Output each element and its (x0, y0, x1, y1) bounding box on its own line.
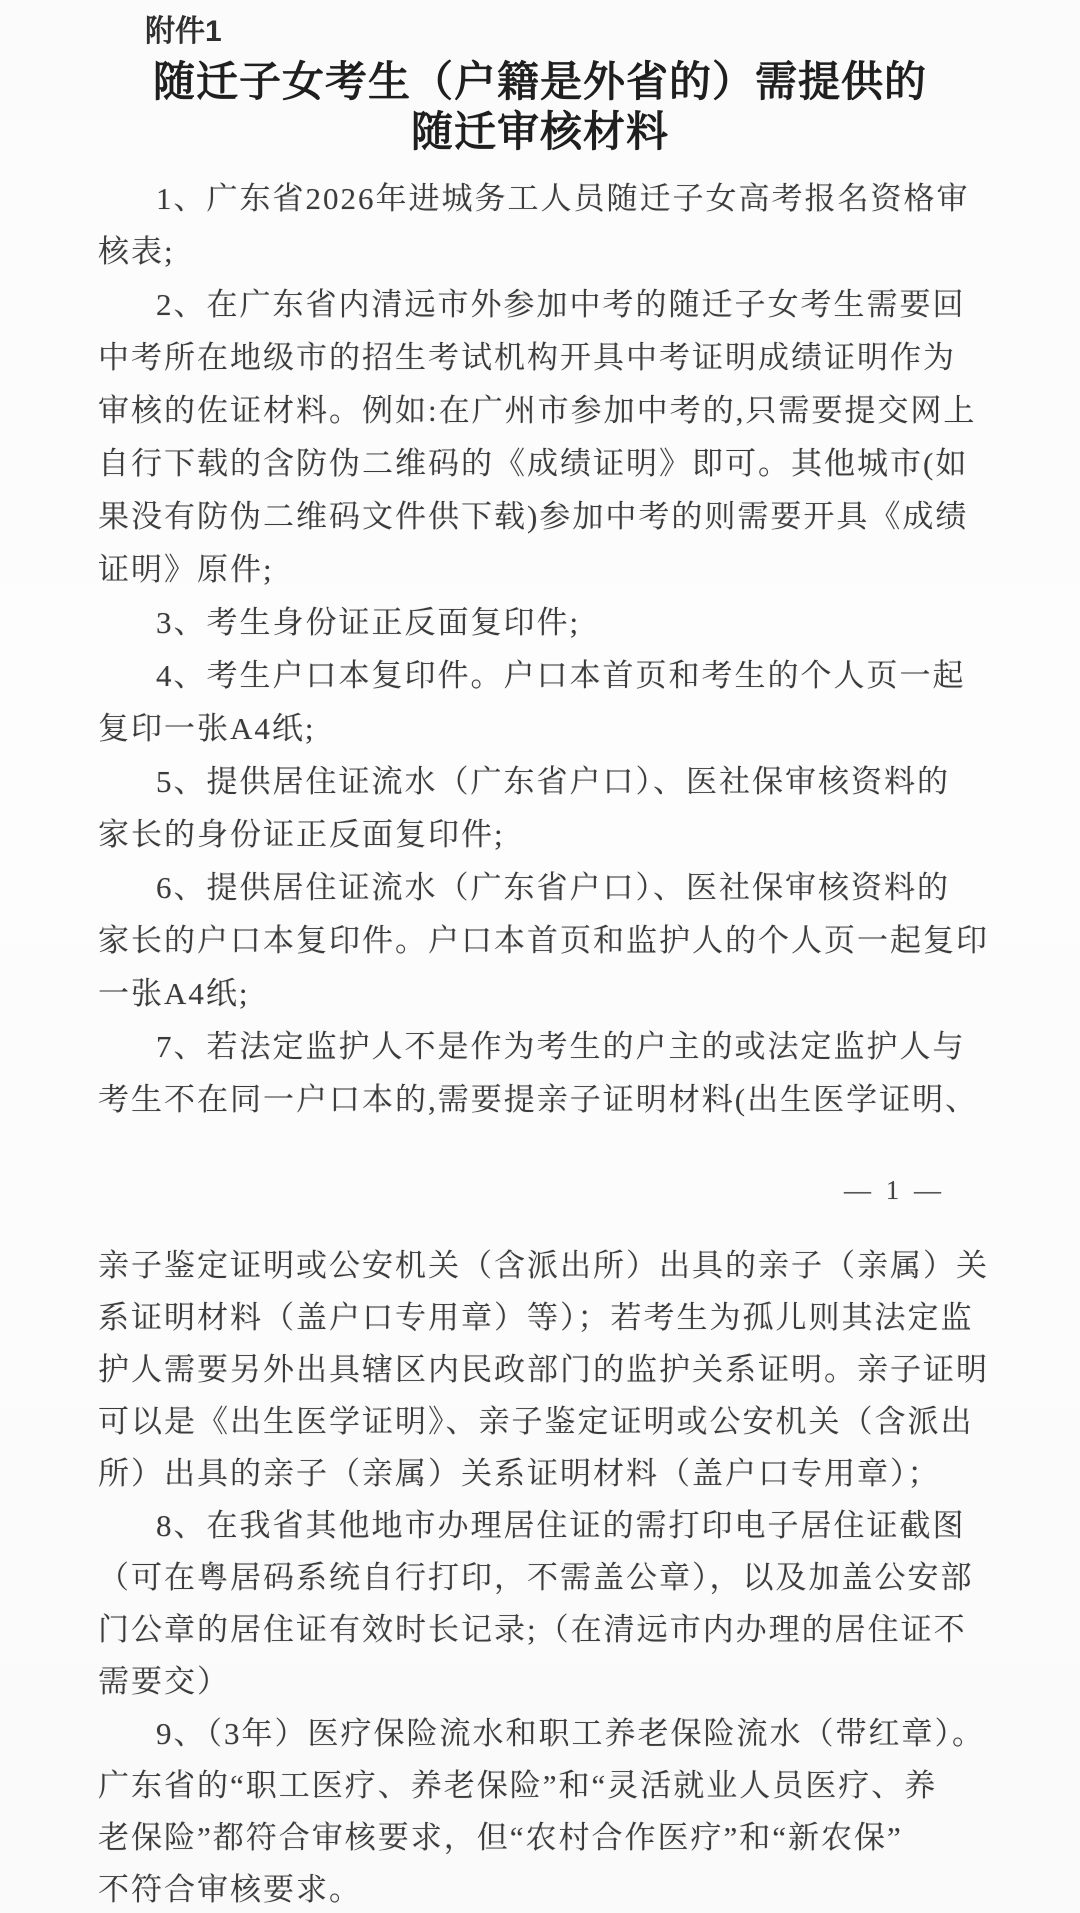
body-line: 家长的户口本复印件。户口本首页和监护人的个人页一起复印 (98, 914, 985, 967)
body-line: 6、提供居住证流水（广东省户口）、医社保审核资料的 (98, 861, 985, 914)
body-line: 中考所在地级市的招生考试机构开具中考证明成绩证明作为 (98, 331, 985, 384)
body-line: 9、（3年）医疗保险流水和职工养老保险流水（带红章）。 (98, 1708, 985, 1760)
body-line: 需要交） (98, 1656, 985, 1708)
body-line: （可在粤居码系统自行打印，不需盖公章），以及加盖公安部 (98, 1552, 985, 1604)
body-line: 证明》原件; (98, 543, 985, 596)
body-line: 广东省的“职工医疗、养老保险”和“灵活就业人员医疗、养 (98, 1760, 985, 1812)
title-line-2: 随迁审核材料 (0, 108, 1080, 158)
body-line: 复印一张A4纸; (98, 702, 985, 755)
body-line: 老保险”都符合审核要求，但“农村合作医疗”和“新农保” (98, 1812, 985, 1864)
document-body: 1、广东省2026年进城务工人员随迁子女高考报名资格审 核表; 2、在广东省内清… (0, 172, 1080, 1913)
body-line: 一张A4纸; (98, 967, 985, 1020)
body-line: 5、提供居住证流水（广东省户口）、医社保审核资料的 (98, 755, 985, 808)
body-line: 可以是《出生医学证明》、亲子鉴定证明或公安机关（含派出 (98, 1396, 985, 1448)
body-line: 2、在广东省内清远市外参加中考的随迁子女考生需要回 (98, 278, 985, 331)
title-line-1: 随迁子女考生（户籍是外省的）需提供的 (0, 58, 1080, 108)
body-line: 1、广东省2026年进城务工人员随迁子女高考报名资格审 (98, 172, 985, 225)
body-line: 不符合审核要求。 (98, 1864, 985, 1913)
document-page: 附件1 随迁子女考生（户籍是外省的）需提供的 随迁审核材料 1、广东省2026年… (0, 0, 1080, 1913)
body-line: 亲子鉴定证明或公安机关（含派出所）出具的亲子（亲属）关 (98, 1240, 985, 1292)
body-line: 门公章的居住证有效时长记录;（在清远市内办理的居住证不 (98, 1604, 985, 1656)
body-line: 果没有防伪二维码文件供下载)参加中考的则需要开具《成绩 (98, 490, 985, 543)
body-line: 3、考生身份证正反面复印件; (98, 596, 985, 649)
body-line: 家长的身份证正反面复印件; (98, 808, 985, 861)
body-line: 核表; (98, 225, 985, 278)
body-line: 4、考生户口本复印件。户口本首页和考生的个人页一起 (98, 649, 985, 702)
body-line: 自行下载的含防伪二维码的《成绩证明》即可。其他城市(如 (98, 437, 985, 490)
page-two-block: 亲子鉴定证明或公安机关（含派出所）出具的亲子（亲属）关 系证明材料（盖户口专用章… (98, 1240, 985, 1913)
body-line: 8、在我省其他地市办理居住证的需打印电子居住证截图 (98, 1500, 985, 1552)
body-line: 考生不在同一户口本的,需要提亲子证明材料(出生医学证明、 (98, 1073, 985, 1126)
body-line: 审核的佐证材料。例如:在广州市参加中考的,只需要提交网上 (98, 384, 985, 437)
body-line: 所）出具的亲子（亲属）关系证明材料（盖户口专用章）； (98, 1448, 985, 1500)
body-line: 7、若法定监护人不是作为考生的户主的或法定监护人与 (98, 1020, 985, 1073)
attachment-label: 附件1 (0, 0, 1080, 50)
body-line: 护人需要另外出具辖区内民政部门的监护关系证明。亲子证明 (98, 1344, 985, 1396)
document-title: 随迁子女考生（户籍是外省的）需提供的 随迁审核材料 (0, 58, 1080, 158)
body-line: 系证明材料（盖户口专用章）等）；若考生为孤儿则其法定监 (98, 1292, 985, 1344)
page-number: — 1 — (98, 1170, 945, 1210)
